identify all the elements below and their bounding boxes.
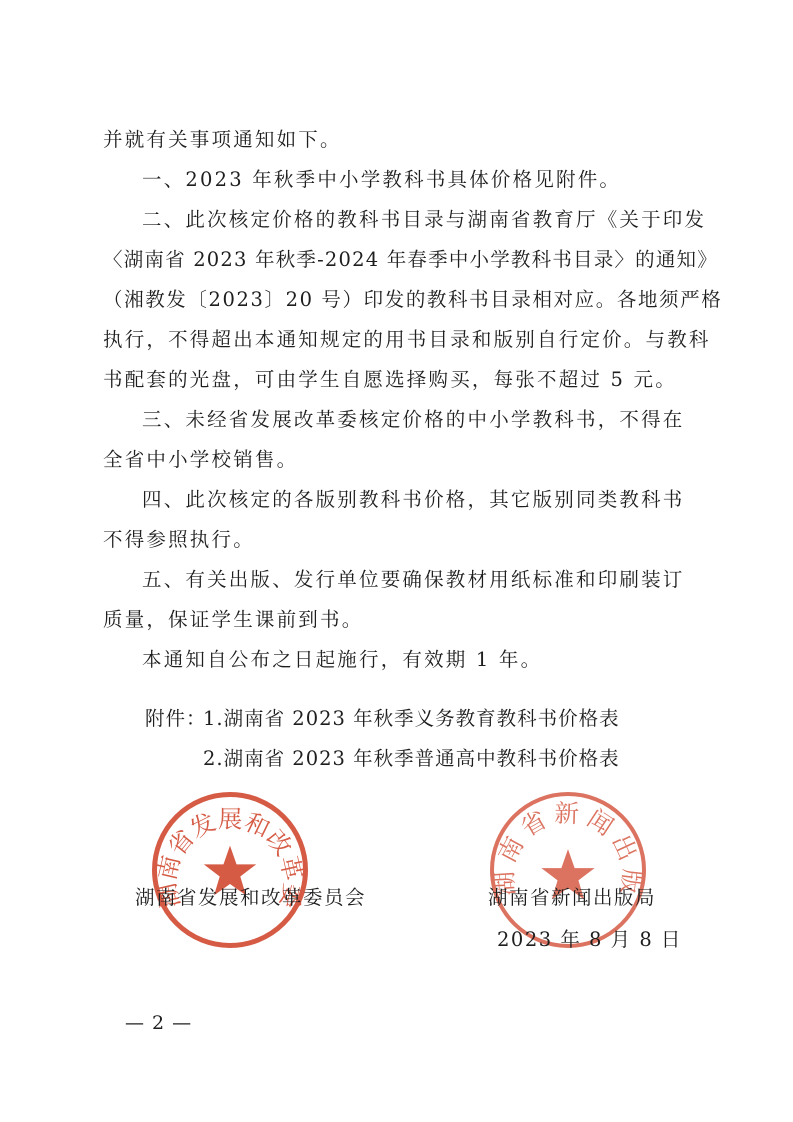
- clause-2: 二、此次核定价格的教科书目录与湖南省教育厅《关于印发: [142, 208, 706, 232]
- body-line: 不得参照执行。: [103, 528, 255, 552]
- seal-left-graphic: 湖南省发展和改革委员会: [157, 797, 303, 943]
- clause-4: 四、此次核定的各版别教科书价格，其它版别同类教科书: [142, 488, 685, 512]
- effective-clause: 本通知自公布之日起施行，有效期 1 年。: [142, 648, 542, 672]
- body-line: 全省中小学校销售。: [103, 448, 298, 472]
- attachments-label: 附件：: [145, 707, 207, 731]
- official-seal-right: 湖南省新闻出版局: [490, 792, 646, 948]
- clause-5: 五、有关出版、发行单位要确保教材用纸标准和印刷装订: [142, 568, 685, 592]
- official-seal-left: 湖南省发展和改革委员会: [152, 792, 308, 948]
- signature-date: 2023 年 8 月 8 日: [497, 928, 682, 952]
- body-line: 质量，保证学生课前到书。: [103, 608, 363, 632]
- clause-3: 三、未经省发展改革委核定价格的中小学教科书，不得在: [142, 408, 685, 432]
- attachment-item-2: 2.湖南省 2023 年秋季普通高中教科书价格表: [203, 747, 620, 771]
- attachment-item-1: 1.湖南省 2023 年秋季义务教育教科书价格表: [203, 707, 620, 731]
- signature-right: 湖南省新闻出版局: [488, 886, 656, 910]
- body-line: （湘教发〔2023〕20 号）印发的教科书目录相对应。各地须严格: [103, 288, 722, 312]
- clause-1: 一、2023 年秋季中小学教科书具体价格见附件。: [142, 168, 621, 192]
- body-line: 执行，不得超出本通知规定的用书目录和版别自行定价。与教科: [103, 328, 711, 352]
- page-number: — 2 —: [125, 1012, 192, 1034]
- body-line: 并就有关事项通知如下。: [103, 128, 342, 152]
- body-line: 书配套的光盘，可由学生自愿选择购买，每张不超过 5 元。: [103, 368, 677, 392]
- seal-right-graphic: 湖南省新闻出版局: [494, 796, 642, 944]
- body-line: 〈湖南省 2023 年秋季-2024 年春季中小学教科书目录〉的通知》: [103, 248, 718, 272]
- signature-left: 湖南省发展和改革委员会: [135, 886, 366, 910]
